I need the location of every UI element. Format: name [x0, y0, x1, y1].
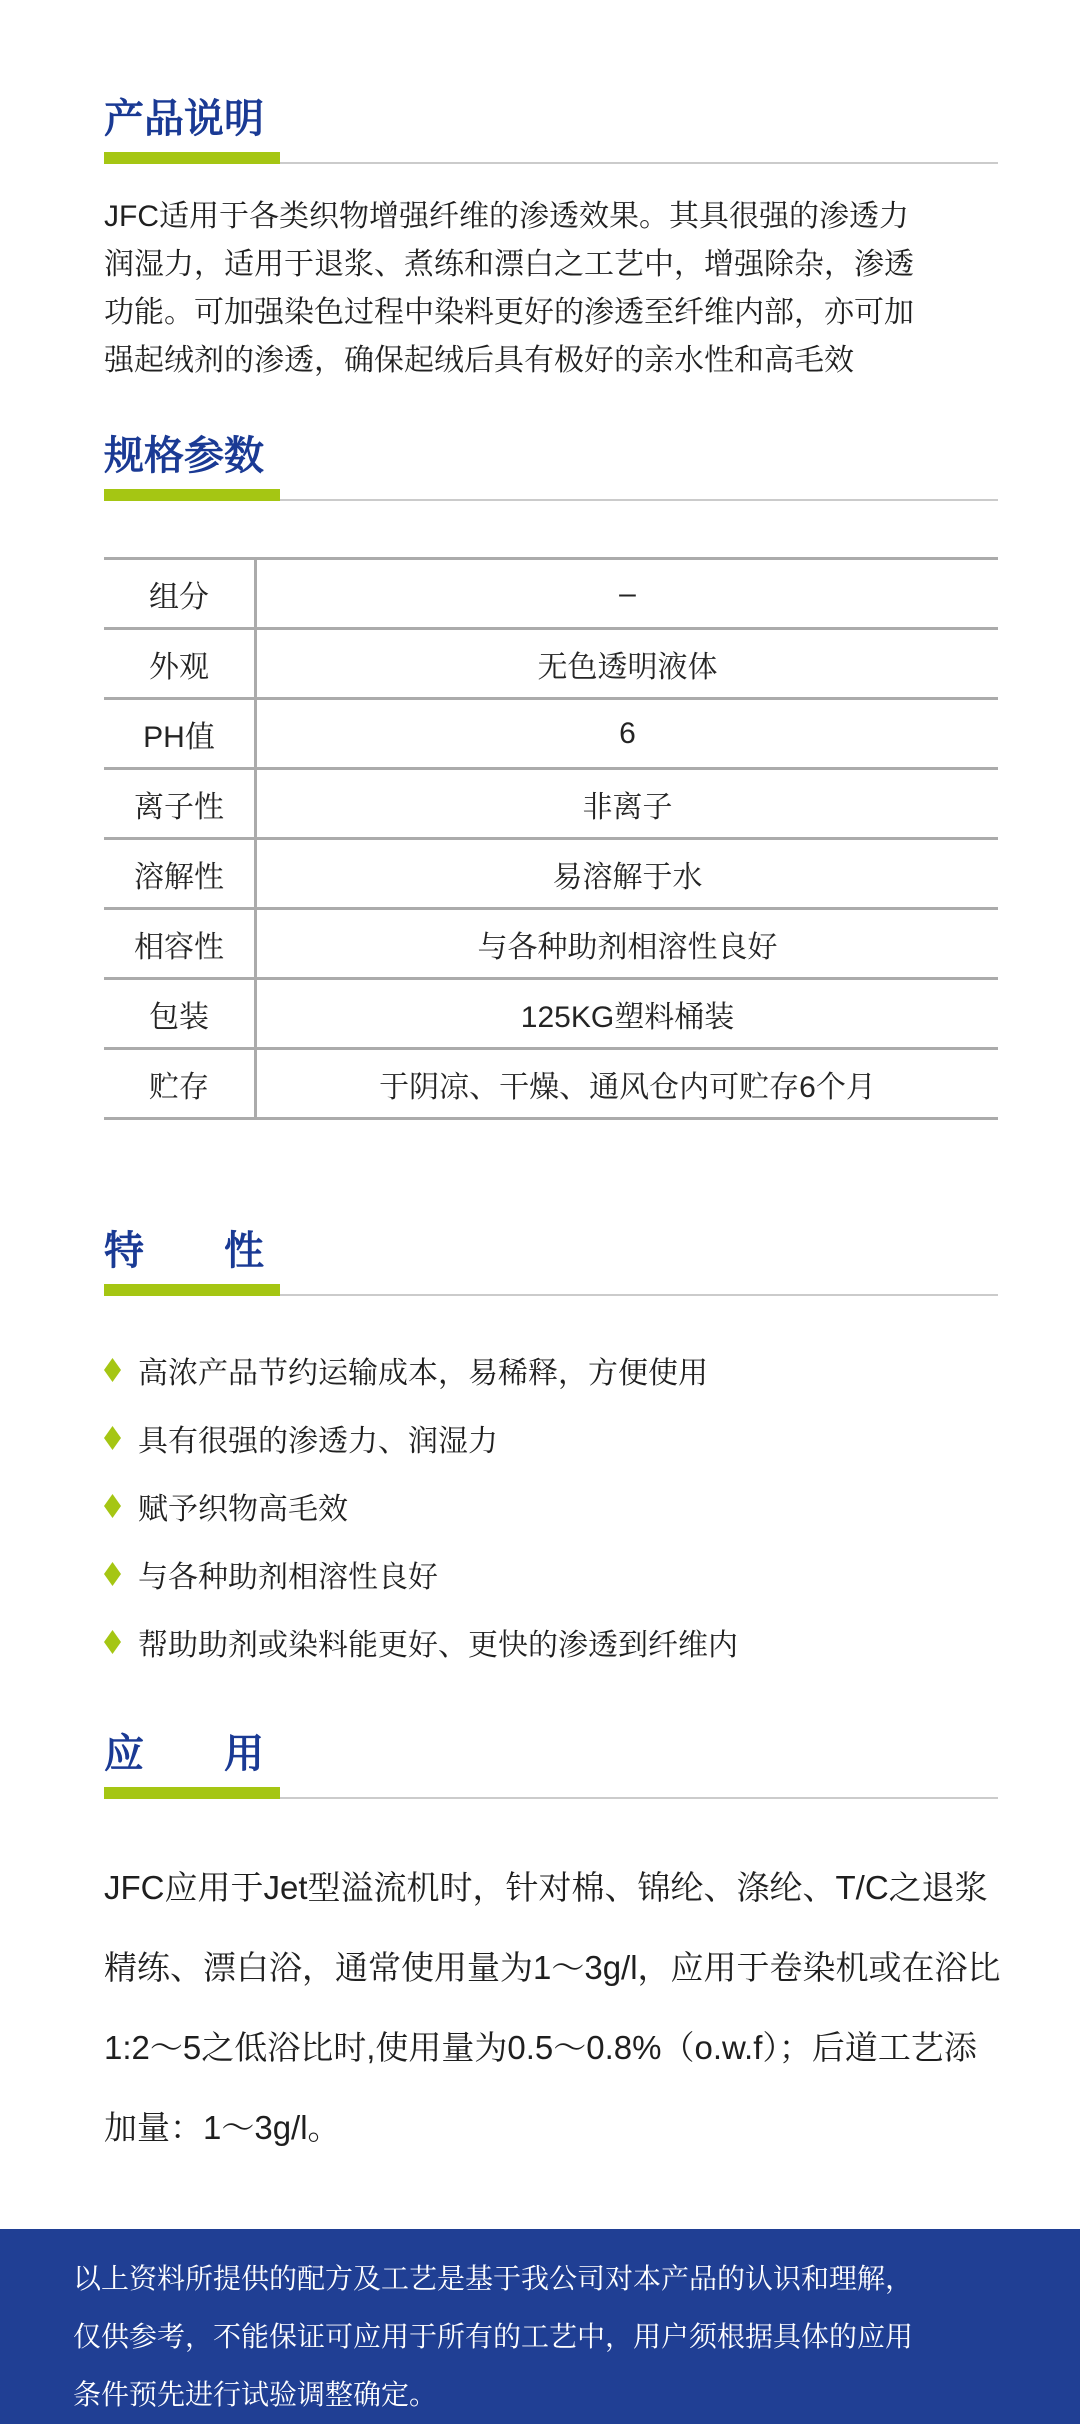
- table-row: 组分 –: [104, 560, 998, 630]
- row-label: 组分: [104, 560, 254, 627]
- green-accent-bar: [104, 1787, 280, 1799]
- description-line: 强起绒剂的渗透，确保起绒后具有极好的亲水性和高毛效: [104, 337, 1014, 385]
- gray-rule-line: [280, 1797, 998, 1799]
- diamond-bullet-icon: [104, 1358, 121, 1382]
- row-value: 非离子: [254, 770, 998, 837]
- application-line: 1:2～5之低浴比时,使用量为0.5～0.8%（o.w.f）；后道工艺添: [104, 2008, 1014, 2088]
- row-value: 于阴凉、干燥、通风仓内可贮存6个月: [254, 1050, 998, 1117]
- section-header-features: 特 性: [104, 1228, 998, 1296]
- feature-text: 与各种助剂相溶性良好: [138, 1552, 438, 1596]
- list-item: 高浓产品节约运输成本，易稀释，方便使用: [104, 1336, 1014, 1404]
- footer-line: 以上资料所提供的配方及工艺是基于我公司对本产品的认识和理解，: [73, 2250, 1010, 2308]
- description-line: JFC适用于各类织物增强纤维的渗透效果。其具很强的渗透力: [104, 193, 1014, 241]
- spec-table: 组分 – 外观 无色透明液体 PH值 6 离子性 非离子 溶解性 易溶解于水 相…: [104, 557, 998, 1120]
- feature-text: 高浓产品节约运输成本，易稀释，方便使用: [138, 1348, 708, 1392]
- description-line: 功能。可加强染色过程中染料更好的渗透至纤维内部，亦可加: [104, 289, 1014, 337]
- row-value: 易溶解于水: [254, 840, 998, 907]
- row-value: 125KG塑料桶装: [254, 980, 998, 1047]
- section-title-application: 应 用: [104, 1731, 998, 1777]
- section-title-description: 产品说明: [104, 96, 998, 142]
- section-title-features: 特 性: [104, 1228, 998, 1274]
- footer-line: 仅供参考，不能保证可应用于所有的工艺中，用户须根据具体的应用: [73, 2308, 1010, 2366]
- section-header-application: 应 用: [104, 1731, 998, 1799]
- section-rule: [104, 489, 998, 501]
- green-accent-bar: [104, 489, 280, 501]
- section-header-specs: 规格参数: [104, 433, 998, 501]
- section-rule: [104, 1787, 998, 1799]
- green-accent-bar: [104, 152, 280, 164]
- list-item: 与各种助剂相溶性良好: [104, 1540, 1014, 1608]
- feature-text: 具有很强的渗透力、润湿力: [138, 1416, 498, 1460]
- row-value: –: [254, 560, 998, 627]
- section-rule: [104, 1284, 998, 1296]
- table-row: PH值 6: [104, 700, 998, 770]
- diamond-bullet-icon: [104, 1630, 121, 1654]
- description-paragraph: JFC适用于各类织物增强纤维的渗透效果。其具很强的渗透力 润湿力，适用于退浆、煮…: [104, 193, 1014, 385]
- green-accent-bar: [104, 1284, 280, 1296]
- table-row: 外观 无色透明液体: [104, 630, 998, 700]
- row-label: 包装: [104, 980, 254, 1047]
- section-rule: [104, 152, 998, 164]
- section-title-specs: 规格参数: [104, 433, 998, 479]
- section-header-description: 产品说明: [104, 96, 998, 164]
- row-label: 离子性: [104, 770, 254, 837]
- feature-text: 赋予织物高毛效: [138, 1484, 348, 1528]
- row-label: PH值: [104, 700, 254, 767]
- table-row: 包装 125KG塑料桶装: [104, 980, 998, 1050]
- list-item: 具有很强的渗透力、润湿力: [104, 1404, 1014, 1472]
- row-label: 溶解性: [104, 840, 254, 907]
- diamond-bullet-icon: [104, 1426, 121, 1450]
- row-label: 外观: [104, 630, 254, 697]
- diamond-bullet-icon: [104, 1562, 121, 1586]
- list-item: 赋予织物高毛效: [104, 1472, 1014, 1540]
- table-row: 贮存 于阴凉、干燥、通风仓内可贮存6个月: [104, 1050, 998, 1120]
- feature-text: 帮助助剂或染料能更好、更快的渗透到纤维内: [138, 1620, 738, 1664]
- application-line: 精练、漂白浴，通常使用量为1～3g/l，应用于卷染机或在浴比: [104, 1928, 1014, 2008]
- footer-line: 条件预先进行试验调整确定。: [73, 2366, 1010, 2424]
- diamond-bullet-icon: [104, 1494, 121, 1518]
- gray-rule-line: [280, 162, 998, 164]
- table-row: 离子性 非离子: [104, 770, 998, 840]
- row-value: 无色透明液体: [254, 630, 998, 697]
- row-label: 相容性: [104, 910, 254, 977]
- gray-rule-line: [280, 499, 998, 501]
- table-row: 溶解性 易溶解于水: [104, 840, 998, 910]
- gray-rule-line: [280, 1294, 998, 1296]
- table-row: 相容性 与各种助剂相溶性良好: [104, 910, 998, 980]
- application-line: 加量：1～3g/l。: [104, 2088, 1014, 2168]
- application-line: JFC应用于Jet型溢流机时，针对棉、锦纶、涤纶、T/C之退浆: [104, 1848, 1014, 1928]
- application-paragraph: JFC应用于Jet型溢流机时，针对棉、锦纶、涤纶、T/C之退浆 精练、漂白浴，通…: [104, 1848, 1014, 2168]
- row-value: 6: [254, 700, 998, 767]
- feature-list: 高浓产品节约运输成本，易稀释，方便使用 具有很强的渗透力、润湿力 赋予织物高毛效…: [104, 1336, 1014, 1676]
- description-line: 润湿力，适用于退浆、煮练和漂白之工艺中，增强除杂，渗透: [104, 241, 1014, 289]
- row-label: 贮存: [104, 1050, 254, 1117]
- list-item: 帮助助剂或染料能更好、更快的渗透到纤维内: [104, 1608, 1014, 1676]
- row-value: 与各种助剂相溶性良好: [254, 910, 998, 977]
- disclaimer-footer: 以上资料所提供的配方及工艺是基于我公司对本产品的认识和理解， 仅供参考，不能保证…: [0, 2229, 1080, 2424]
